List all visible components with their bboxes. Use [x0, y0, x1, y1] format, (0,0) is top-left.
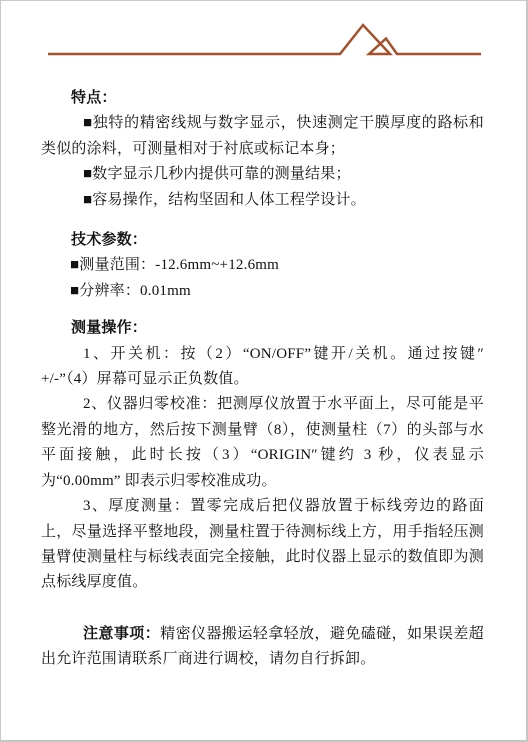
section-tech-params: 技术参数： ■测量范围：-12.6mm~+12.6mm ■分辨率：0.01mm	[41, 228, 484, 304]
mountain-line-decoration-icon	[1, 1, 528, 71]
operation-heading: 测量操作：	[41, 316, 484, 341]
notes-heading: 注意事项：	[83, 626, 160, 642]
tech-params-heading: 技术参数：	[41, 228, 484, 253]
features-heading: 特点：	[41, 86, 484, 111]
tech-params-item: ■测量范围：-12.6mm~+12.6mm	[41, 253, 484, 278]
tech-params-item: ■分辨率：0.01mm	[41, 279, 484, 304]
section-notes: 注意事项：精密仪器搬运轻拿轻放，避免磕碰，如果误差超出允许范围请联系厂商进行调校…	[41, 622, 484, 673]
section-operation: 测量操作： 1、开关机：按（2）“ON/OFF”键开/关机。通过按键″ +/-”…	[41, 316, 484, 595]
document-body: 特点： ■独特的精密线规与数字显示，快速测定干膜厚度的路标和类似的涂料，可测量相…	[41, 86, 484, 673]
features-item: ■数字显示几秒内提供可靠的测量结果；	[41, 162, 484, 187]
operation-step: 1、开关机：按（2）“ON/OFF”键开/关机。通过按键″ +/-”（4）屏幕可…	[41, 342, 484, 393]
features-item: ■独特的精密线规与数字显示，快速测定干膜厚度的路标和类似的涂料，可测量相对于衬底…	[41, 111, 484, 162]
operation-step: 3、厚度测量：置零完成后把仪器放置于标线旁边的路面上，尽量选择平整地段，测量柱置…	[41, 494, 484, 596]
mountain-line-path	[48, 25, 481, 54]
document-page: 特点： ■独特的精密线规与数字显示，快速测定干膜厚度的路标和类似的涂料，可测量相…	[0, 0, 528, 742]
operation-step: 2、仪器归零校准：把测厚仪放置于水平面上，尽可能是平整光滑的地方，然后按下测量臂…	[41, 392, 484, 494]
notes-paragraph: 注意事项：精密仪器搬运轻拿轻放，避免磕碰，如果误差超出允许范围请联系厂商进行调校…	[41, 622, 484, 673]
section-features: 特点： ■独特的精密线规与数字显示，快速测定干膜厚度的路标和类似的涂料，可测量相…	[41, 86, 484, 213]
features-item: ■容易操作，结构坚固和人体工程学设计。	[41, 188, 484, 213]
